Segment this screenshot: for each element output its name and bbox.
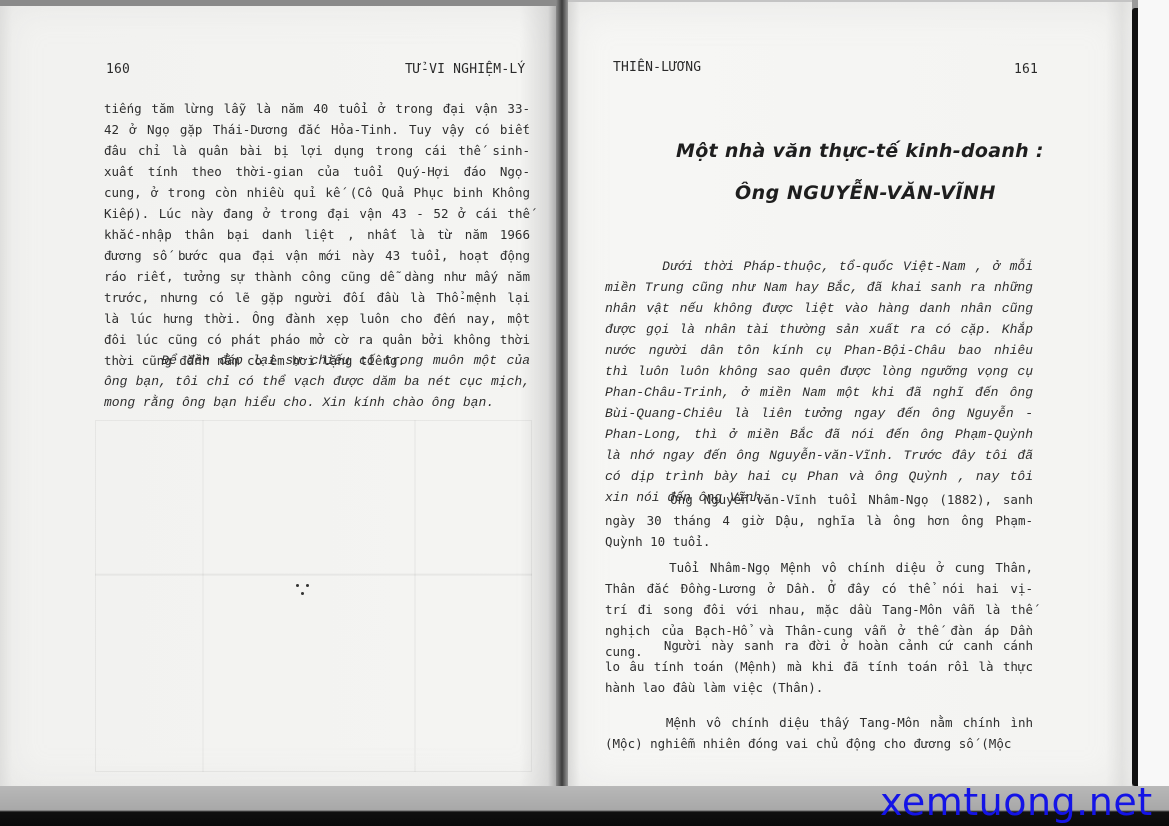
left-page-number: 160 [106,62,130,77]
text-line: Phan-Long, thì ở miền Bắc đã nói đến ông… [605,424,1033,445]
ink-specks [296,584,316,604]
text-line: Dưới thời Pháp-thuộc, tổ-quốc Việt-Nam ,… [605,256,1033,277]
text-line: là nhớ ngay đến ông Nguyễn-văn-Vĩnh. Trư… [605,445,1033,466]
text-line: (Mộc) nghiễm nhiên đóng vai chủ động cho… [605,733,1033,754]
text-line: Mệnh vô chính diệu thấy Tang-Môn nằm chí… [605,712,1033,733]
text-line: 42 ở Ngọ gặp Thái-Dương đắc Hỏa-Tinh. Tu… [104,119,530,140]
right-running-header: THIÊN-LƯƠNG [613,60,701,75]
right-paragraph-4: Người này sanh ra đời ở hoàn cảnh cứ can… [605,635,1033,698]
scan-margin [1138,0,1169,786]
text-line: hành lao đầu làm việc (Thân). [605,677,1033,698]
text-line: mong rằng ông bạn hiểu cho. Xin kính chà… [104,392,530,413]
book-spine [556,0,568,790]
chapter-subtitle: Ông NGUYỄN-VĂN-VĨNH [735,182,996,204]
text-line: Để đền đáp lại sự chiếu cố trong muôn mộ… [104,350,530,371]
text-line: thì luôn luôn không sao quên được lòng n… [605,361,1033,382]
text-line: Ông Nguyễn-văn-Vĩnh tuổi Nhâm-Ngọ (1882)… [605,489,1033,510]
right-intro-paragraph: Dưới thời Pháp-thuộc, tổ-quốc Việt-Nam ,… [605,256,1033,508]
text-line: ráo riết, tưởng sự thành công cũng dễ dà… [104,266,530,287]
text-line: đâu chỉ là quân bài bị lợi dụng trong cá… [104,140,530,161]
text-line: cung, ở trong còn nhiều quỉ kế (Cô Quả P… [104,182,530,203]
text-line: trí đi song đôi với nhau, mặc dầu Tang-M… [605,599,1033,620]
text-line: là lúc hưng thời. Ông đành xẹp luôn cho … [104,308,530,329]
left-closing-paragraph: Để đền đáp lại sự chiếu cố trong muôn mộ… [104,350,530,413]
scan-top-edge [0,0,560,6]
text-line: tiếng tăm lừng lẫy là năm 40 tuổi ở tron… [104,98,530,119]
text-line: miền Trung cũng như Nam hay Bắc, đã khai… [605,277,1033,298]
text-line: Bùi-Quang-Chiêu là liên tưởng ngay đến ô… [605,403,1033,424]
right-paragraph-5: Mệnh vô chính diệu thấy Tang-Môn nằm chí… [605,712,1033,754]
text-line: Người này sanh ra đời ở hoàn cảnh cứ can… [605,635,1033,656]
text-line: trước, nhưng có lẽ gặp người đối đầu là … [104,287,530,308]
left-paragraph-1: tiếng tăm lừng lẫy là năm 40 tuổi ở tron… [104,98,530,371]
text-line: Quỳnh 10 tuổi. [605,531,1033,552]
text-line: nước người dân tôn kính cụ Phan-Bội-Châu… [605,340,1033,361]
text-line: đương số bước qua đại vận mới này 43 tuổ… [104,245,530,266]
text-line: Kiếp). Lúc này đang ở trong đại vận 43 -… [104,203,530,224]
text-line: ông bạn, tôi chỉ có thể vạch được dăm ba… [104,371,530,392]
left-running-header: TỬ-VI NGHIỆM-LÝ [405,62,525,77]
text-line: ngày 30 tháng 4 giờ Dậu, nghĩa là ông hơ… [605,510,1033,531]
watermark-link[interactable]: xemtuong.net [880,780,1153,824]
text-line: được gọi là nhân tài thường sản xuất ra … [605,319,1033,340]
text-line: nhân vật nếu không được liệt vào hàng da… [605,298,1033,319]
text-line: có dịp trình bày hai cụ Phan và ông Quỳn… [605,466,1033,487]
right-page-number: 161 [1014,62,1038,77]
text-line: Thân đắc Đồng-Lương ở Dần. Ở đây có thể … [605,578,1033,599]
text-line: xuất tính theo thời-gian của tuổi Quý-Hợ… [104,161,530,182]
right-paragraph-2: Ông Nguyễn-văn-Vĩnh tuổi Nhâm-Ngọ (1882)… [605,489,1033,552]
text-line: lo âu tính toán (Mệnh) mà khi đã tính to… [605,656,1033,677]
text-line: Tuổi Nhâm-Ngọ Mệnh vô chính diệu ở cung … [605,557,1033,578]
text-line: đôi lúc cũng có phát pháo mở cờ ra quân … [104,329,530,350]
text-line: khắc-nhập thân bại danh liệt , nhất là t… [104,224,530,245]
text-line: Phan-Châu-Trinh, ở miền Nam một khi đã n… [605,382,1033,403]
chapter-title: Một nhà văn thực-tế kinh-doanh : [676,140,1044,162]
